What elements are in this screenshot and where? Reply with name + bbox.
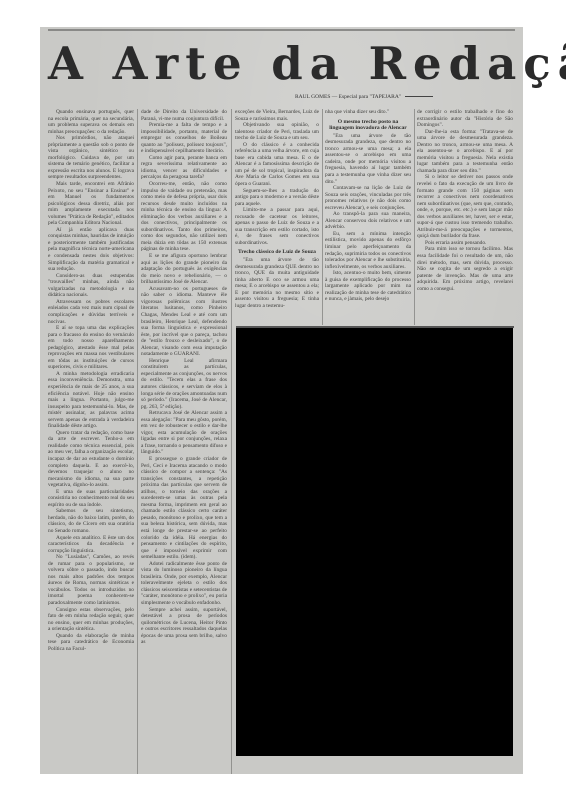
- headline: A Arte da Redação: [48, 37, 518, 91]
- paragraph: de corrigir o estilo trabalhado e fino d…: [417, 109, 513, 129]
- paragraph: Ao transpô-la para sua maneira, Alencar …: [325, 211, 411, 231]
- column-divider: [137, 109, 138, 774]
- paragraph: Eu, sem a mínima intenção estilística, m…: [325, 231, 411, 270]
- paragraph: Acusavam-no os portugueses de não saber …: [141, 286, 227, 358]
- subheading: Trecho clássico de Luiz de Souza: [235, 249, 319, 256]
- paragraph: Quando da elaboração de minha tese para …: [48, 633, 134, 653]
- column-divider: [322, 109, 323, 325]
- byline-rule: [405, 96, 433, 97]
- paragraph: Dar-lhe-ia esta forma: "Tratava-se de um…: [417, 129, 513, 175]
- paragraph: Sempre achei assim, suportável, detestáv…: [141, 607, 227, 646]
- paragraph: Ocorreu-me, então, não como impulso de v…: [141, 181, 227, 253]
- paragraph: Si o leitor se detiver nos passos onde r…: [417, 174, 513, 239]
- paragraph: Isto, acentuo-o muito bem, simente à gui…: [325, 270, 411, 303]
- redacted-block: [236, 328, 513, 756]
- paragraph: Como agir para, perante banca em regra s…: [141, 155, 227, 181]
- paragraph: Sabemos de seu sintetismo, herdado, não …: [48, 508, 134, 534]
- paragraph: Limito-me a passar para aqui, rocusado d…: [235, 207, 319, 246]
- paragraph: Adotei radicalmente êsse ponto de vista …: [141, 561, 227, 607]
- paragraph: A minha metodologia erradicaria essa inc…: [48, 371, 134, 430]
- byline: RAUL GOMES — Especial para "TAPEJARA": [295, 94, 433, 100]
- paragraph: "Era uma árvore de tão desmesurada grand…: [235, 257, 319, 309]
- paragraph: Quando ensinava português, quer na escol…: [48, 109, 134, 135]
- paragraph: No "Lusíadas", Camões, ao revés de rumar…: [48, 554, 134, 606]
- paragraph: Para mim isso se tornou facílimo. Mas es…: [417, 246, 513, 292]
- column-divider: [231, 109, 232, 774]
- newspaper-page: A Arte da Redação RAUL GOMES — Especial …: [40, 27, 523, 774]
- article-column-4: nha que vinha dizer seu dito."O mesmo tr…: [325, 109, 411, 327]
- paragraph: Retrucava José de Alencar assim a essa a…: [141, 410, 227, 456]
- article-column-3: exceções de Vieira, Bernardes, Luiz de S…: [235, 109, 319, 327]
- paragraph: E aí se topa uma das explicações para o …: [48, 325, 134, 371]
- paragraph: Consigno estas observações, pelo fato de…: [48, 607, 134, 633]
- article-column-1: Quando ensinava português, quer na escol…: [48, 109, 134, 774]
- paragraph: exceções de Vieira, Bernardes, Luiz de S…: [235, 109, 319, 122]
- paragraph: Premia-me a falta de tempo e a impossibi…: [141, 122, 227, 155]
- paragraph: E prossegue o grande criador de Peri, Ce…: [141, 456, 227, 561]
- paragraph: O do clássico é a conhecida referência a…: [235, 142, 319, 188]
- paragraph: Quero tratar da redação, como base da ar…: [48, 430, 134, 489]
- paragraph: Seguem-se-lhes a tradução do antigo para…: [235, 188, 319, 208]
- paragraph: Contavam-se na lição de Luiz de Souza se…: [325, 185, 411, 211]
- top-rule: [48, 29, 515, 31]
- paragraph: Objetivando sua opinião, o talentoso cri…: [235, 122, 319, 142]
- subheading: O mesmo trecho posto na linguagem inovad…: [325, 119, 411, 132]
- paragraph: dade de Direito da Universidade do Paran…: [141, 109, 227, 122]
- byline-text: RAUL GOMES — Especial para "TAPEJARA": [295, 94, 401, 100]
- paragraph: Mais tarde, encontrei em Afrânio Peixoto…: [48, 181, 134, 227]
- paragraph: E uma de suas particularidades consistir…: [48, 489, 134, 509]
- article-column-5: de corrigir o estilo trabalhado e fino d…: [417, 109, 513, 327]
- article-column-2: dade de Direito da Universidade do Paran…: [141, 109, 227, 774]
- column-divider: [414, 109, 415, 325]
- paragraph: Henrique Leal afirmara constituírem as p…: [141, 358, 227, 410]
- paragraph: Nos primórdios, não ataquei pròpriamente…: [48, 135, 134, 181]
- paragraph: "Era uma árvore de tão desmesurada grand…: [325, 133, 411, 185]
- paragraph: Considero-as duas estupendas "trouvaille…: [48, 273, 134, 299]
- paragraph: nha que vinha dizer seu dito.": [325, 109, 411, 116]
- paragraph: Atravessam os pobres escolares enleiados…: [48, 299, 134, 325]
- paragraph: Aí já então aplicava duas conquistas min…: [48, 227, 134, 273]
- paragraph: E se me afigura oportuno lembrar aqui as…: [141, 253, 227, 286]
- paragraph: Aquele era analítico. E êste um dos cara…: [48, 535, 134, 555]
